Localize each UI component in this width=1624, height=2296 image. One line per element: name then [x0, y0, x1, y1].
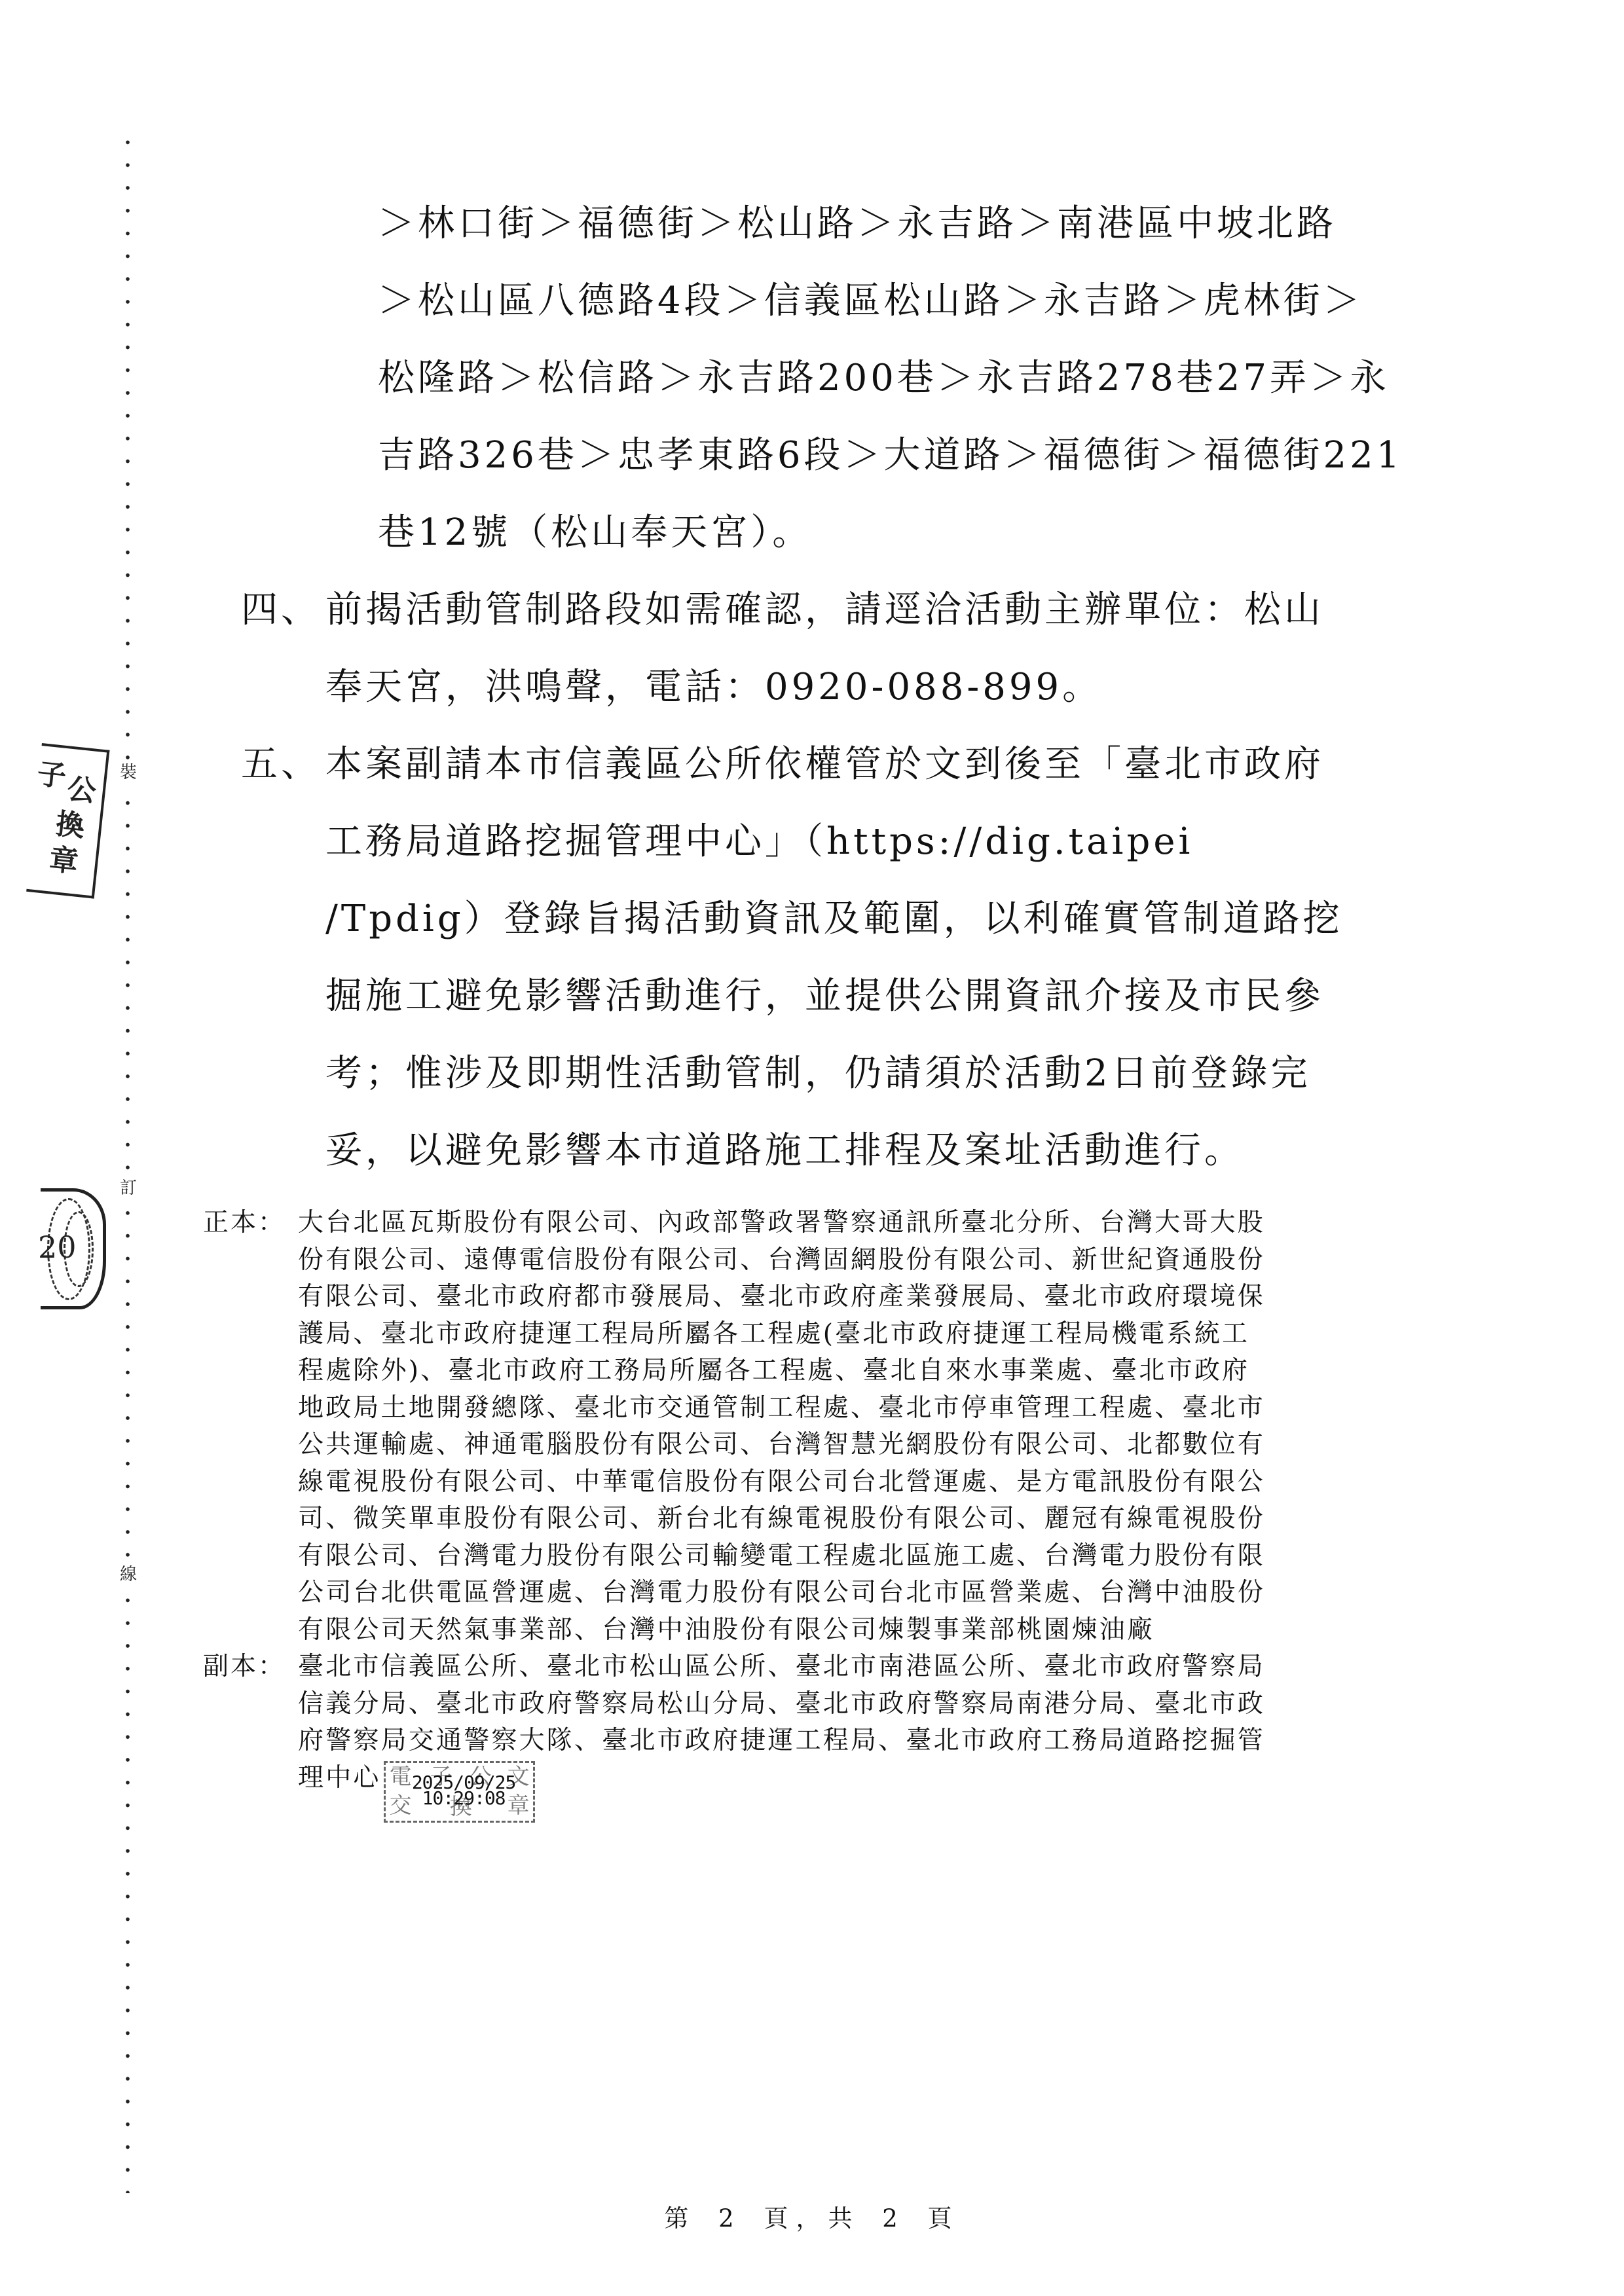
recipient-line: 有限公司天然氣事業部、台灣中油股份有限公司煉製事業部桃園煉油廠 [298, 1612, 1447, 1649]
item-line: 掘施工避免影響活動進行，並提供公開資訊介接及市民參 [325, 958, 1459, 1035]
recipient-line: 公共運輸處、神通電腦股份有限公司、台灣智慧光網股份有限公司、北都數位有 [298, 1427, 1447, 1464]
recipient-line: 護局、臺北市政府捷運工程局所屬各工程處(臺北市政府捷運工程局機電系統工 [298, 1316, 1447, 1353]
recipient-line-last: 理中心 電 子 公 文 交 換 章 2025/09/25 10:29:08 [298, 1760, 1447, 1823]
item-line: 本案副請本市信義區公所依權管於文到後至「臺北市政府 [325, 726, 1459, 803]
copy-recipients-label: 副本： [203, 1649, 286, 1685]
recipient-line: 府警察局交通警察大隊、臺北市政府捷運工程局、臺北市政府工務局道路挖掘管 [298, 1722, 1447, 1760]
copy-recipients: 副本： 臺北市信義區公所、臺北市松山區公所、臺北市南港區公所、臺北市政府警察局 … [203, 1649, 1447, 1823]
seal-char: 公 [66, 775, 98, 807]
route-line: 松隆路＞松信路＞永吉路200巷＞永吉路278巷27弄＞永 [378, 340, 1452, 417]
item-number: 四、 [241, 572, 321, 649]
recipient-line: 線電視股份有限公司、中華電信股份有限公司台北營運處、是方電訊股份有限公 [298, 1464, 1447, 1501]
binding-label-zhuang: 裝 [120, 763, 137, 782]
electronic-exchange-stamp: 電 子 公 文 交 換 章 2025/09/25 10:29:08 [384, 1761, 535, 1823]
item-four: 四、 前揭活動管制路段如需確認，請逕洽活動主辦單位：松山 奉天宮，洪鳴聲，電話：… [241, 572, 1459, 726]
route-line: 吉路326巷＞忠孝東路6段＞大道路＞福德街＞福德街221 [378, 417, 1452, 494]
binding-label-ding: 訂 [120, 1178, 137, 1198]
recipient-line: 有限公司、臺北市政府都市發展局、臺北市政府產業發展局、臺北市政府環境保 [298, 1279, 1447, 1316]
seal-char: 換 [54, 810, 86, 841]
item-five: 五、 本案副請本市信義區公所依權管於文到後至「臺北市政府 工務局道路挖掘管理中心… [241, 726, 1459, 1190]
official-seal-stamp: 子 公 換 章 [26, 743, 109, 899]
route-line: ＞松山區八德路4段＞信義區松山路＞永吉路＞虎林街＞ [378, 263, 1452, 340]
route-continuation: ＞林口街＞福德街＞松山路＞永吉路＞南港區中坡北路 ＞松山區八德路4段＞信義區松山… [378, 185, 1452, 572]
page-seam-seal: 20 [41, 1188, 106, 1309]
item-line: 妥，以避免影響本市道路施工排程及案址活動進行。 [325, 1112, 1459, 1190]
seal-page-number: 20 [38, 1230, 77, 1265]
recipient-line: 份有限公司、遠傳電信股份有限公司、台灣固網股份有限公司、新世紀資通股份 [298, 1242, 1447, 1279]
binding-label-xian: 線 [120, 1565, 137, 1584]
stamp-time: 10:29:08 [407, 1789, 521, 1808]
recipient-line: 信義分局、臺北市政府警察局松山分局、臺北市政府警察局南港分局、臺北市政 [298, 1686, 1447, 1723]
seal-char: 子 [36, 760, 67, 792]
recipient-line: 公司台北供電區營運處、台灣電力股份有限公司台北市區營業處、台灣中油股份 [298, 1575, 1447, 1612]
item-line: /Tpdig）登錄旨揭活動資訊及範圍，以利確實管制道路挖 [325, 881, 1459, 958]
recipient-line: 地政局土地開發總隊、臺北市交通管制工程處、臺北市停車管理工程處、臺北市 [298, 1390, 1447, 1427]
item-line: 工務局道路挖掘管理中心」（https://dig.taipei [325, 803, 1459, 881]
recipient-line: 有限公司、台灣電力股份有限公司輸變電工程處北區施工處、台灣電力股份有限 [298, 1538, 1447, 1575]
recipient-line: 司、微笑單車股份有限公司、新台北有線電視股份有限公司、麗冠有線電視股份 [298, 1501, 1447, 1538]
item-line: 考；惟涉及即期性活動管制，仍請須於活動2日前登錄完 [325, 1035, 1459, 1112]
recipient-line: 大台北區瓦斯股份有限公司、內政部警政署警察通訊所臺北分所、台灣大哥大股 [298, 1205, 1447, 1242]
original-recipients: 正本： 大台北區瓦斯股份有限公司、內政部警政署警察通訊所臺北分所、台灣大哥大股 … [203, 1205, 1447, 1649]
original-recipients-label: 正本： [203, 1205, 286, 1241]
item-number: 五、 [241, 726, 321, 803]
item-line: 前揭活動管制路段如需確認，請逕洽活動主辦單位：松山 [325, 572, 1459, 649]
recipient-line: 臺北市信義區公所、臺北市松山區公所、臺北市南港區公所、臺北市政府警察局 [298, 1649, 1447, 1686]
route-line: 巷12號（松山奉天宮）。 [378, 494, 1452, 572]
page-indicator: 第 2 頁，共 2 頁 [0, 2198, 1624, 2234]
route-line: ＞林口街＞福德街＞松山路＞永吉路＞南港區中坡北路 [378, 185, 1452, 263]
item-line: 奉天宮，洪鳴聲，電話：0920-088-899。 [325, 649, 1459, 726]
seal-char: 章 [48, 845, 79, 877]
binding-dotted-line [126, 131, 130, 2193]
recipient-text: 理中心 [298, 1763, 381, 1793]
recipient-line: 程處除外)、臺北市政府工務局所屬各工程處、臺北自來水事業處、臺北市政府 [298, 1353, 1447, 1390]
